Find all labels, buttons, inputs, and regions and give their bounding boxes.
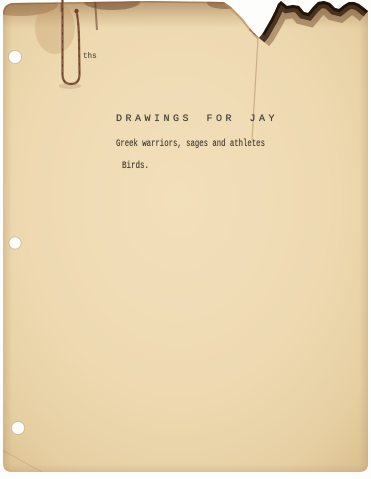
document-line-1: Greek warriors, sages and athletes <box>116 139 265 151</box>
paper-sheet <box>3 1 368 472</box>
page-title: DRAWINGS FOR JAY <box>116 114 278 126</box>
scanned-document-page: ths DRAWINGS FOR JAY Greek warriors, sag… <box>0 0 371 479</box>
punch-hole-bottom <box>12 422 25 435</box>
clip-note-text: ths <box>83 52 97 62</box>
aged-paper-artwork <box>0 0 371 479</box>
punch-hole-top <box>9 51 22 64</box>
punch-hole-middle <box>9 237 21 249</box>
document-line-2: Birds. <box>122 161 149 173</box>
